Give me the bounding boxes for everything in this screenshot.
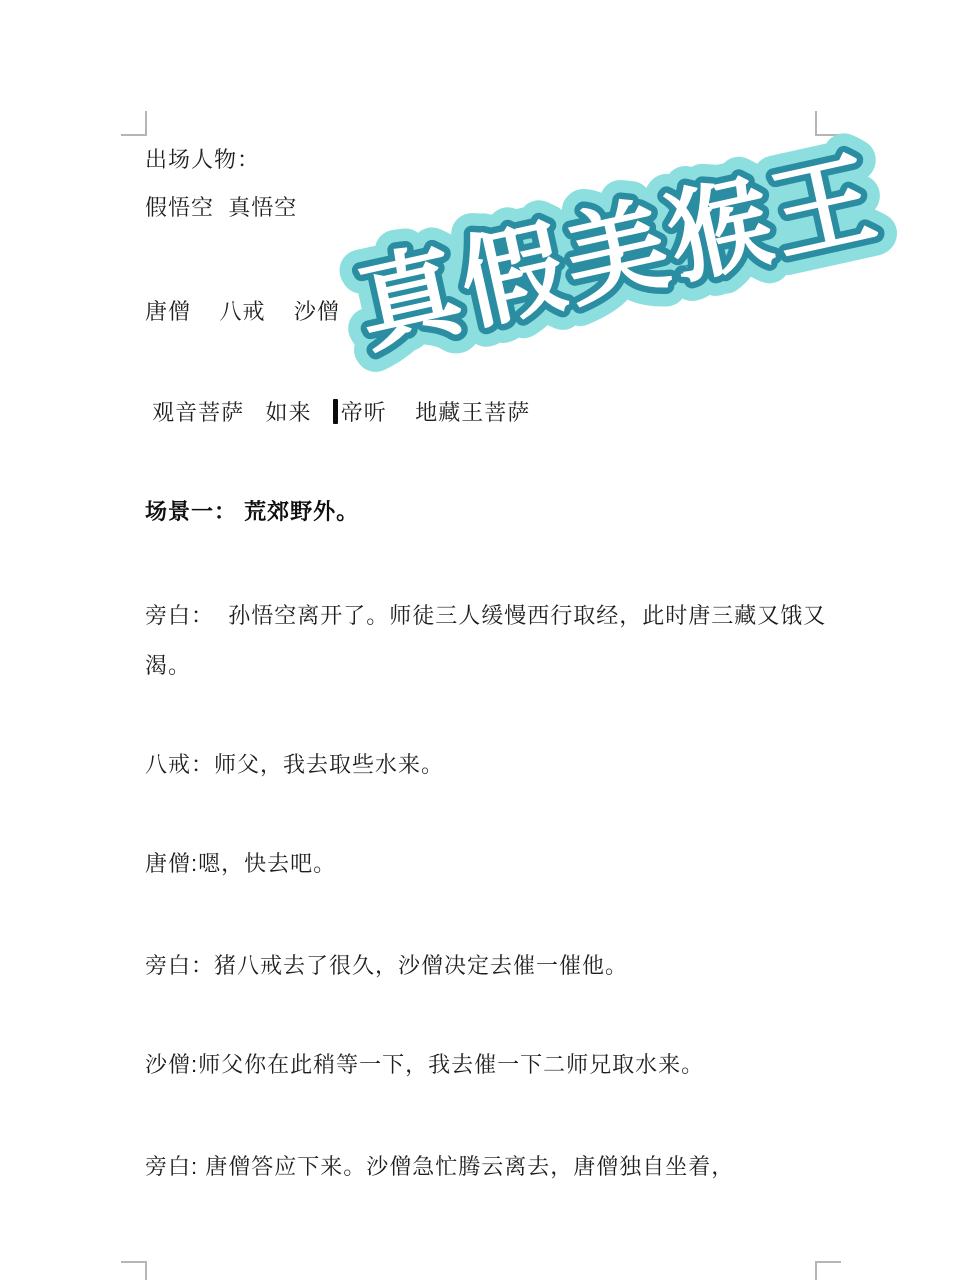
wordart-title-text: 真假美猴王 [347, 140, 889, 366]
margin-mark-top-right [815, 111, 841, 136]
script-line-bajie[interactable]: 八戒：师父，我去取些水来。 [145, 751, 444, 778]
cast-row-disciples[interactable]: 唐僧 八戒 沙僧 [145, 298, 340, 325]
cast-row-deities[interactable]: 观音菩萨 如来 帝听 地藏王菩萨 [145, 399, 530, 426]
script-line-tangseng[interactable]: 唐僧:嗯，快去吧。 [145, 850, 336, 877]
margin-mark-bottom-right [815, 1261, 841, 1280]
cast-heading[interactable]: 出场人物： [145, 146, 260, 173]
text-cursor [333, 399, 338, 424]
script-line-narration-3[interactable]: 旁白: 唐僧答应下来。沙僧急忙腾云离去，唐僧独自坐着， [145, 1153, 734, 1180]
cast-row-deities-before-cursor: 观音菩萨 如来 [145, 400, 333, 425]
script-line-narration-1a[interactable]: 旁白： 孙悟空离开了。师徒三人缓慢西行取经，此时唐三藏又饿又 [145, 602, 826, 629]
document-page[interactable]: 出场人物： 假悟空 真悟空 唐僧 八戒 沙僧 观音菩萨 如来 帝听 地藏王菩萨 … [0, 0, 960, 1280]
script-line-shaseng[interactable]: 沙僧:师父你在此稍等一下，我去催一下二师兄取水来。 [145, 1051, 704, 1078]
margin-mark-bottom-left [121, 1261, 147, 1280]
cast-row-wukong[interactable]: 假悟空 真悟空 [145, 194, 297, 221]
wordart-title-halo: 真假美猴王 [347, 140, 889, 366]
wordart-title-overlay: 真假美猴王 真假美猴王 [338, 142, 898, 362]
cast-row-deities-after-cursor: 帝听 地藏王菩萨 [341, 400, 530, 425]
script-line-narration-2[interactable]: 旁白：猪八戒去了很久，沙僧决定去催一催他。 [145, 952, 628, 979]
margin-mark-top-left [121, 111, 147, 136]
script-line-narration-1b[interactable]: 渴。 [145, 652, 191, 679]
scene-heading[interactable]: 场景一： 荒郊野外。 [145, 498, 359, 525]
